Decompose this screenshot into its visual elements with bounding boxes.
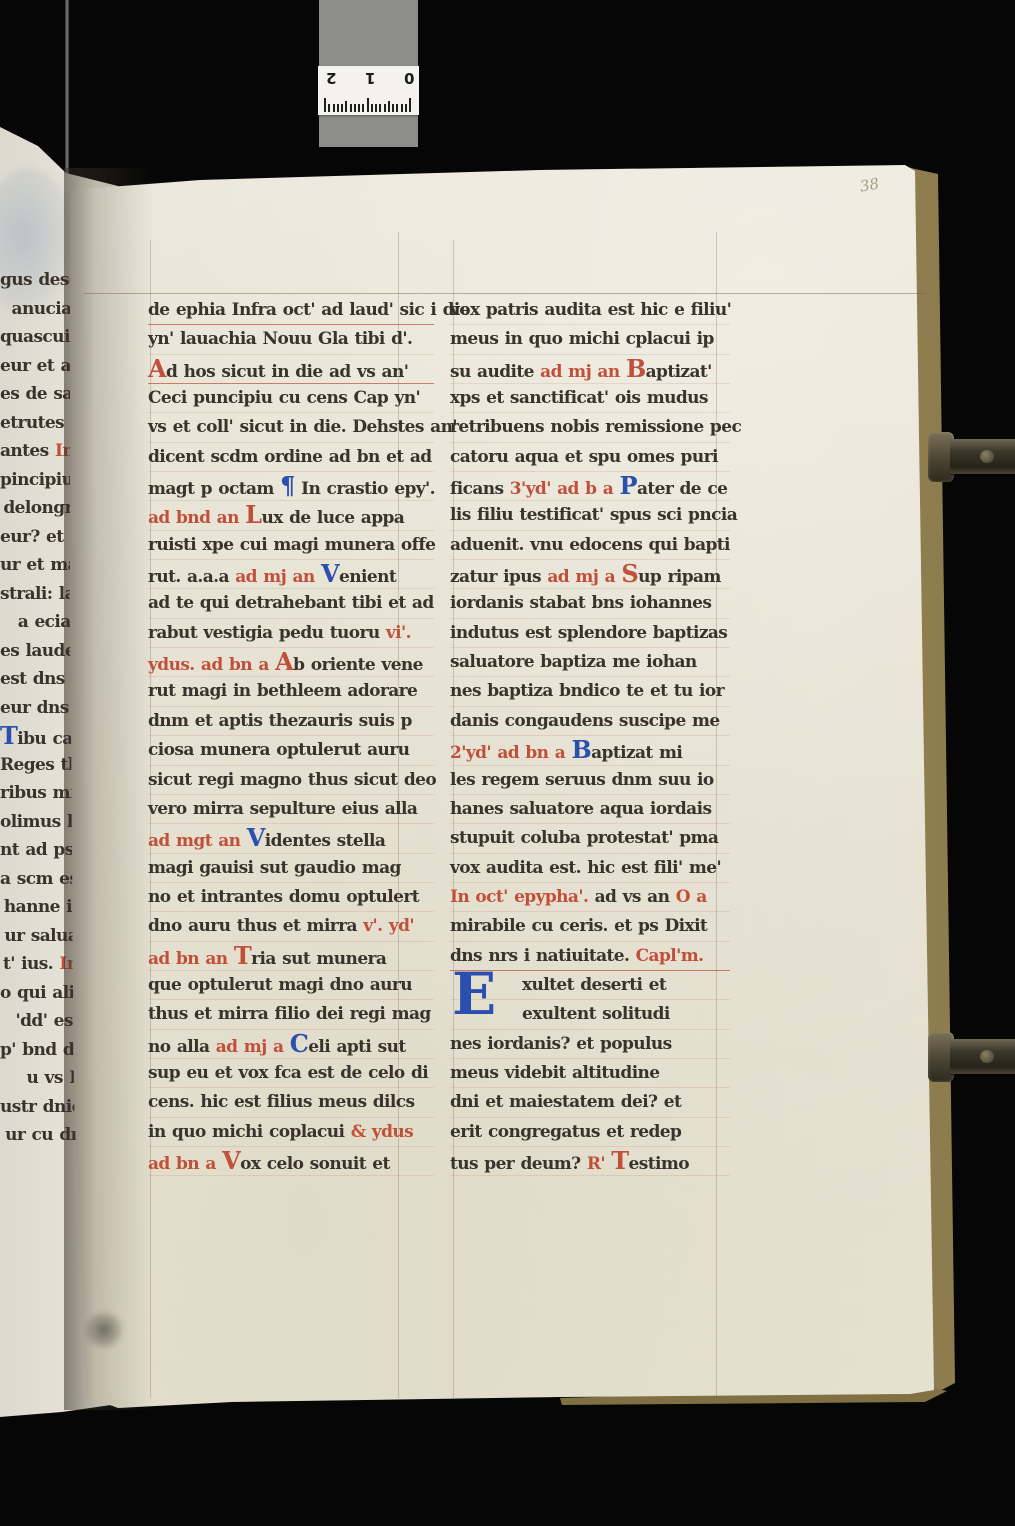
text-segment: up ripam (638, 567, 721, 587)
colored-initial: T (611, 1146, 628, 1175)
ruler-tick (358, 104, 360, 112)
colored-initial: T (0, 722, 17, 750)
text-line: vs et coll' sicut in die. Dehstes an' (148, 413, 434, 442)
text-line: Ad hos sicut in die ad vs an' (148, 355, 434, 384)
text-line: sicut regi magno thus sicut deo (148, 766, 434, 795)
text-segment: erit congregatus et redep (450, 1122, 681, 1142)
text-segment: zatur ipus (450, 567, 547, 587)
ruler-tick (362, 104, 364, 112)
text-line: de ephia Infra oct' ad laud' sic i die (148, 296, 434, 325)
text-segment: identes stella (265, 831, 385, 851)
scale-ruler: 210 (318, 66, 419, 115)
text-segment: Ceci puncipiu cu cens Cap yn' (148, 388, 420, 408)
colored-initial: A (148, 354, 166, 383)
text-segment: ad bn an (148, 949, 234, 969)
text-segment: ria sut munera (251, 949, 386, 969)
text-line: les regem seruus dnm suu io (450, 766, 730, 795)
ink-smudge (84, 1312, 124, 1348)
text-segment: v'. yd' (363, 916, 414, 936)
clasp-rivet (980, 1050, 994, 1063)
text-segment: lis filiu testificat' spus sci pncia (450, 505, 737, 525)
text-segment: aptizat mi (591, 743, 682, 763)
ruling-line-top (84, 293, 926, 294)
ruler-tick (384, 104, 386, 112)
text-segment: mirabile cu ceris. et ps Dixit (450, 916, 707, 936)
text-segment: no alla (148, 1037, 216, 1057)
text-segment: b oriente vene (293, 655, 423, 675)
text-segment: ad mj a (216, 1037, 290, 1057)
ruler-tick (345, 101, 347, 112)
text-segment: dno auru thus et mirra (148, 916, 363, 936)
text-segment: de ephia Infra oct' ad laud' sic i die (148, 300, 470, 320)
colored-initial: P (619, 471, 636, 500)
text-segment: sicut regi magno thus sicut deo (148, 770, 436, 790)
text-segment: ox celo sonuit et (240, 1154, 390, 1174)
text-column-left: de ephia Infra oct' ad laud' sic i dieyn… (148, 296, 434, 1176)
text-line: ficans 3'yd' ad b a Pater de ce (450, 472, 730, 501)
ruler-tick (405, 104, 407, 112)
text-line: rut. a.a.a ad mj an Venient (148, 560, 434, 589)
text-line: magt p octam ¶ In crastio epy'. (148, 472, 434, 501)
text-line: Exultet deserti et (450, 971, 730, 1000)
text-segment: dni et maiestatem dei? et (450, 1092, 681, 1112)
colored-initial: S (621, 559, 638, 588)
colored-initial: C (290, 1029, 309, 1058)
text-segment: iordanis stabat bns iohannes (450, 593, 711, 613)
text-segment: indutus est splendore baptizas (450, 623, 727, 643)
ruler-tick (375, 104, 377, 112)
ruler-digit: 1 (365, 69, 375, 87)
ruler-digit: 2 (326, 69, 336, 87)
text-line: retribuens nobis remissione pec (450, 413, 730, 442)
text-segment: exultent solitudi (522, 1004, 670, 1024)
text-line: ydus. ad bn a Ab oriente vene (148, 648, 434, 677)
text-segment: xps et sanctificat' ois mudus (450, 388, 708, 408)
text-line: 2'yd' ad bn a Baptizat mi (450, 736, 730, 765)
text-line: indutus est splendore baptizas (450, 619, 730, 648)
text-segment: dnm et aptis thezauris suis p (148, 711, 412, 731)
colored-initial: B (571, 735, 591, 764)
book-clasp-top (928, 432, 1015, 482)
text-segment: enient (339, 567, 396, 587)
text-line: rut magi in bethleem adorare (148, 677, 434, 706)
text-segment: que optulerut magi dno auru (148, 975, 412, 995)
ruler-tick (350, 104, 352, 112)
text-segment: Capl'm. (636, 946, 704, 966)
text-line: ad bn an Tria sut munera (148, 942, 434, 971)
ruler-tick (401, 104, 403, 112)
text-segment: ux de luce appa (261, 508, 404, 528)
text-segment: 3'yd' ad b a (510, 479, 620, 499)
text-segment: in quo michi coplacui (148, 1122, 351, 1142)
colored-initial: V (321, 559, 339, 588)
text-segment: magi gauisi sut gaudio mag (148, 858, 401, 878)
text-segment: ater de ce (637, 479, 727, 499)
ruler-tick (367, 98, 369, 112)
text-segment: sup eu et vox fca est de celo di (148, 1063, 428, 1083)
text-segment: meus in quo michi cplacui ip (450, 329, 714, 349)
text-segment: vi'. (386, 623, 411, 643)
text-line: ad mgt an Videntes stella (148, 824, 434, 853)
text-segment: ad mj an (235, 567, 321, 587)
text-line: saluatore baptiza me iohan (450, 648, 730, 677)
folio-number: 38 (859, 174, 881, 195)
text-line: thus et mirra filio dei regi mag (148, 1000, 434, 1029)
ruler-tick (333, 104, 335, 112)
text-line: sup eu et vox fca est de celo di (148, 1059, 434, 1088)
text-line: dno auru thus et mirra v'. yd' (148, 912, 434, 941)
colored-initial: V (222, 1146, 240, 1175)
clasp-rivet (980, 450, 994, 463)
text-segment: aduenit. vnu edocens qui bapti (450, 535, 730, 555)
text-segment: ciosa munera optulerut auru (148, 740, 409, 760)
colored-initial: B (626, 354, 646, 383)
text-segment: thus et mirra filio dei regi mag (148, 1004, 431, 1024)
colored-initial: T (234, 941, 251, 970)
colored-initial: A (275, 647, 293, 676)
text-line: iordanis stabat bns iohannes (450, 589, 730, 618)
text-segment: ad vs an' (329, 362, 408, 382)
text-segment: In crastio epy'. (295, 479, 435, 499)
text-column-right: vox patris audita est hic e filiu'meus i… (450, 296, 730, 1176)
text-line: rabut vestigia pedu tuoru vi'. (148, 619, 434, 648)
text-segment: O a (676, 887, 707, 907)
ruler-tick (392, 104, 394, 112)
text-segment: rabut vestigia pedu tuoru (148, 623, 386, 643)
text-line: yn' lauachia Nouu Gla tibi d'. (148, 325, 434, 354)
text-segment: ficans (450, 479, 510, 499)
text-segment: dicent scdm ordine ad bn et ad (148, 447, 432, 467)
text-line: danis congaudens suscipe me (450, 707, 730, 736)
text-segment: ad bn a (148, 1154, 222, 1174)
text-line: xps et sanctificat' ois mudus (450, 384, 730, 413)
text-segment: su audite (450, 362, 540, 382)
text-segment: d hos sicut in die (166, 362, 329, 382)
text-segment: vs et coll' sicut in die. Dehstes an' (148, 417, 457, 437)
text-line: meus videbit altitudine (450, 1059, 730, 1088)
text-segment: ad te qui detrahebant tibi et ad (148, 593, 434, 613)
text-segment: tus per deum? (450, 1154, 587, 1174)
text-segment: ad bnd an (148, 508, 245, 528)
text-segment: catoru aqua et spu omes puri (450, 447, 718, 467)
text-segment: stupuit coluba protestat' pma (450, 828, 718, 848)
text-line: cens. hic est filius meus dilcs (148, 1088, 434, 1117)
ruler-tick (388, 101, 390, 112)
text-line: magi gauisi sut gaudio mag (148, 854, 434, 883)
text-segment: rut. a.a.a (148, 567, 235, 587)
text-line: In oct' epypha'. ad vs an O a (450, 883, 730, 912)
colored-initial: V (247, 823, 265, 852)
text-line: vox patris audita est hic e filiu' (450, 296, 730, 325)
text-line: vero mirra sepulture eius alla (148, 795, 434, 824)
text-segment: antes (0, 441, 55, 461)
ruler-tick (324, 98, 326, 112)
page-holder-rod (65, 0, 69, 182)
text-line: in quo michi coplacui & ydus (148, 1118, 434, 1147)
text-line: ad bn a Vox celo sonuit et (148, 1147, 434, 1176)
text-line: meus in quo michi cplacui ip (450, 325, 730, 354)
text-segment: meus videbit altitudine (450, 1063, 660, 1083)
text-segment: nes baptiza bndico te et tu ior (450, 681, 724, 701)
book-clasp-bottom (928, 1032, 1015, 1082)
text-line: exultent solitudi (450, 1000, 730, 1029)
text-segment: eli apti sut (308, 1037, 405, 1057)
ruler-tick (341, 104, 343, 112)
text-segment: cens. hic est filius meus dilcs (148, 1092, 415, 1112)
text-segment: yn' lauachia Nouu Gla tibi d'. (148, 329, 412, 349)
text-segment: R' (587, 1154, 611, 1174)
colored-initial: ¶ (280, 471, 295, 500)
text-segment: vero mirra sepulture eius alla (148, 799, 417, 819)
text-line: que optulerut magi dno auru (148, 971, 434, 1000)
text-line: tus per deum? R' Testimo (450, 1147, 730, 1176)
text-line: ruisti xpe cui magi munera offe (148, 531, 434, 560)
text-segment: magt p octam (148, 479, 280, 499)
text-line: zatur ipus ad mj a Sup ripam (450, 560, 730, 589)
text-segment: vox patris audita est hic e filiu' (450, 300, 731, 320)
text-line: no alla ad mj a Celi apti sut (148, 1030, 434, 1059)
text-line: nes iordanis? et populus (450, 1030, 730, 1059)
text-line: mirabile cu ceris. et ps Dixit (450, 912, 730, 941)
text-line: no et intrantes domu optulert (148, 883, 434, 912)
text-segment: ad vs an (595, 887, 676, 907)
text-segment: ruisti xpe cui magi munera offe (148, 535, 435, 555)
text-line: catoru aqua et spu omes puri (450, 443, 730, 472)
text-segment: no et intrantes domu optulert (148, 887, 419, 907)
text-line: lis filiu testificat' spus sci pncia (450, 501, 730, 530)
ruler-tick (328, 104, 330, 112)
text-line: dicent scdm ordine ad bn et ad (148, 443, 434, 472)
text-segment: les regem seruus dnm suu io (450, 770, 714, 790)
text-line: nes baptiza bndico te et tu ior (450, 677, 730, 706)
text-segment: t' ius. (3, 954, 59, 974)
ruler-tick (354, 104, 356, 112)
ruler-tick (371, 104, 373, 112)
text-segment: danis congaudens suscipe me (450, 711, 720, 731)
text-segment: hanes saluatore aqua iordais (450, 799, 711, 819)
ruler-tick (337, 104, 339, 112)
text-segment: xultet deserti et (522, 975, 666, 995)
text-segment: vox audita est. hic est fili' me' (450, 858, 721, 878)
ruler-digit: 0 (404, 69, 414, 87)
text-line: ciosa munera optulerut auru (148, 736, 434, 765)
text-segment: retribuens nobis remissione pec (450, 417, 741, 437)
text-line: ad te qui detrahebant tibi et ad (148, 589, 434, 618)
text-line: dnm et aptis thezauris suis p (148, 707, 434, 736)
text-line: dni et maiestatem dei? et (450, 1088, 730, 1117)
text-segment: ad mgt an (148, 831, 247, 851)
manuscript-photo: 210 gus deseruns'anucianusquascuis sence… (0, 0, 1015, 1526)
text-line: hanes saluatore aqua iordais (450, 795, 730, 824)
text-segment: ydus. ad bn a (148, 655, 275, 675)
text-segment: rut magi in bethleem adorare (148, 681, 417, 701)
text-segment: aptizat' (646, 362, 712, 382)
text-line: ad bnd an Lux de luce appa (148, 501, 434, 530)
text-line: erit congregatus et redep (450, 1118, 730, 1147)
text-segment: ad mj an (540, 362, 626, 382)
text-segment: estimo (629, 1154, 689, 1174)
ruler-tick (379, 104, 381, 112)
text-segment: In oct' epypha'. (450, 887, 595, 907)
text-line: su audite ad mj an Baptizat' (450, 355, 730, 384)
colored-initial: L (245, 500, 261, 529)
text-segment: ad mj a (547, 567, 621, 587)
text-line: Ceci puncipiu cu cens Cap yn' (148, 384, 434, 413)
gutter-shadow (64, 168, 154, 1410)
text-segment: & ydus (351, 1122, 413, 1142)
text-segment: saluatore baptiza me iohan (450, 652, 697, 672)
ruler-tick (409, 98, 411, 112)
text-line: stupuit coluba protestat' pma (450, 824, 730, 853)
text-line: aduenit. vnu edocens qui bapti (450, 531, 730, 560)
text-segment: nes iordanis? et populus (450, 1034, 672, 1054)
text-segment: 2'yd' ad bn a (450, 743, 571, 763)
text-line: vox audita est. hic est fili' me' (450, 854, 730, 883)
ruler-tick (396, 104, 398, 112)
